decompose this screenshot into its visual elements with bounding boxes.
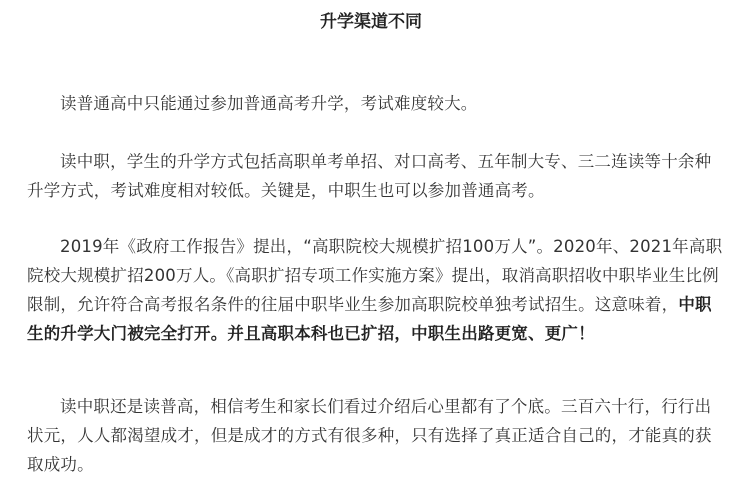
article-title: 升学渠道不同 [0,10,742,34]
paragraph-text: 2019年《政府工作报告》提出，“高职院校大规模扩招100万人”。2020年、2… [27,237,722,314]
paragraph-text: 读中职还是读普高，相信考生和家长们看过介绍后心里都有了个底。三百六十行，行行出状… [27,397,712,474]
paragraph-policy: 2019年《政府工作报告》提出，“高职院校大规模扩招100万人”。2020年、2… [27,232,727,348]
paragraph-text: 读中职，学生的升学方式包括高职单考单招、对口高考、五年制大专、三二连读等十余种升… [27,152,711,200]
paragraph-vocational-school: 读中职，学生的升学方式包括高职单考单招、对口高考、五年制大专、三二连读等十余种升… [27,147,727,205]
paragraph-conclusion: 读中职还是读普高，相信考生和家长们看过介绍后心里都有了个底。三百六十行，行行出状… [27,392,727,479]
paragraph-general-high-school: 读普通高中只能通过参加普通高考升学，考试难度较大。 [27,89,727,118]
article: 升学渠道不同 读普通高中只能通过参加普通高考升学，考试难度较大。 读中职，学生的… [0,0,742,489]
paragraph-text: 读普通高中只能通过参加普通高考升学，考试难度较大。 [60,94,478,113]
